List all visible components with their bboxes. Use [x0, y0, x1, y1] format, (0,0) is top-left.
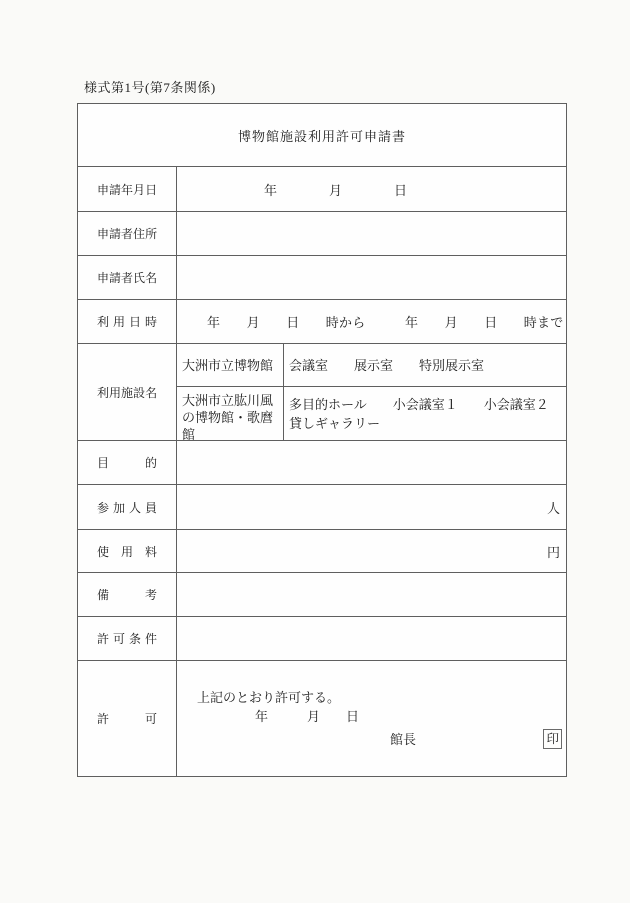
application-date-label-cell: 申請年月日 [78, 167, 177, 211]
row-application-date: 申請年月日 年 月 日 [78, 166, 566, 211]
application-form-table: 博物館施設利用許可申請書 申請年月日 年 月 日 申請者住所 申請者氏名 利用日… [77, 103, 567, 777]
permit-conditions-label: 許可条件 [97, 630, 157, 647]
application-date-value: 年 月 日 [177, 167, 566, 211]
fee-unit: 円 [177, 530, 566, 572]
fee-label: 使用料 [97, 543, 157, 560]
purpose-input-area [177, 441, 566, 484]
remarks-label: 備考 [97, 586, 157, 603]
applicant-address-label: 申請者住所 [97, 225, 157, 242]
row-facility: 利用施設名 大洲市立博物館 会議室 展示室 特別展示室 大洲市立肱川風の博物館・… [78, 343, 566, 440]
facility-name-museum: 大洲市立博物館 [177, 344, 284, 386]
row-fee: 使用料 円 [78, 529, 566, 572]
applicant-address-label-cell: 申請者住所 [78, 212, 177, 255]
applicant-name-label: 申請者氏名 [97, 269, 157, 286]
facility-rooms-hijikawa-line1: 多目的ホール 小会議室１ 小会議室２ [289, 395, 566, 414]
permit-label: 許可 [97, 710, 157, 727]
remarks-label-cell: 備考 [78, 573, 177, 616]
permit-conditions-label-cell: 許可条件 [78, 617, 177, 660]
purpose-label: 目的 [97, 454, 157, 471]
facility-row-hijikawa: 大洲市立肱川風の博物館・歌麿館 多目的ホール 小会議室１ 小会議室２ 貸しギャラ… [177, 386, 566, 440]
form-title-row: 博物館施設利用許可申請書 [78, 104, 566, 166]
row-purpose: 目的 [78, 440, 566, 484]
participants-label: 参加人員 [97, 499, 157, 516]
facility-rooms-hijikawa: 多目的ホール 小会議室１ 小会議室２ 貸しギャラリー [284, 387, 566, 440]
remarks-input-area [177, 573, 566, 616]
facility-label: 利用施設名 [97, 384, 157, 401]
participants-unit: 人 [177, 485, 566, 529]
facility-label-cell: 利用施設名 [78, 344, 177, 440]
permit-label-cell: 許可 [78, 661, 177, 776]
purpose-label-cell: 目的 [78, 441, 177, 484]
facility-row-museum: 大洲市立博物館 会議室 展示室 特別展示室 [177, 344, 566, 386]
form-title: 博物館施設利用許可申請書 [238, 126, 406, 145]
fee-label-cell: 使用料 [78, 530, 177, 572]
row-applicant-address: 申請者住所 [78, 211, 566, 255]
facility-rooms-museum-line: 会議室 展示室 特別展示室 [289, 356, 566, 375]
row-remarks: 備考 [78, 572, 566, 616]
row-permit-conditions: 許可条件 [78, 616, 566, 660]
seal-mark: 印 [543, 729, 562, 749]
applicant-name-label-cell: 申請者氏名 [78, 256, 177, 299]
facility-name-hijikawa: 大洲市立肱川風の博物館・歌麿館 [177, 387, 284, 440]
row-applicant-name: 申請者氏名 [78, 255, 566, 299]
application-date-label: 申請年月日 [97, 181, 157, 198]
facility-subtable: 大洲市立博物館 会議室 展示室 特別展示室 大洲市立肱川風の博物館・歌麿館 多目… [177, 344, 566, 440]
permit-statement: 上記のとおり許可する。 [197, 688, 562, 707]
facility-rooms-hijikawa-line2: 貸しギャラリー [289, 414, 566, 433]
permit-content: 上記のとおり許可する。 年 月 日 館長 印 [177, 661, 566, 776]
row-participants: 参加人員 人 [78, 484, 566, 529]
document-page: 様式第1号(第7条関係) 博物館施設利用許可申請書 申請年月日 年 月 日 申請… [0, 0, 630, 903]
row-permit: 許可 上記のとおり許可する。 年 月 日 館長 印 [78, 660, 566, 776]
applicant-name-input-area [177, 256, 566, 299]
permit-date-line: 年 月 日 [197, 707, 562, 726]
use-datetime-value: 年 月 日 時から 年 月 日 時まで [177, 300, 566, 343]
row-use-datetime: 利用日時 年 月 日 時から 年 月 日 時まで [78, 299, 566, 343]
applicant-address-input-area [177, 212, 566, 255]
permit-sign-line: 館長 印 [197, 729, 562, 749]
director-label: 館長 [390, 730, 416, 749]
use-datetime-label-cell: 利用日時 [78, 300, 177, 343]
facility-rooms-museum: 会議室 展示室 特別展示室 [284, 344, 566, 386]
form-code: 様式第1号(第7条関係) [84, 77, 216, 96]
permit-conditions-input-area [177, 617, 566, 660]
use-datetime-label: 利用日時 [97, 313, 157, 330]
participants-label-cell: 参加人員 [78, 485, 177, 529]
